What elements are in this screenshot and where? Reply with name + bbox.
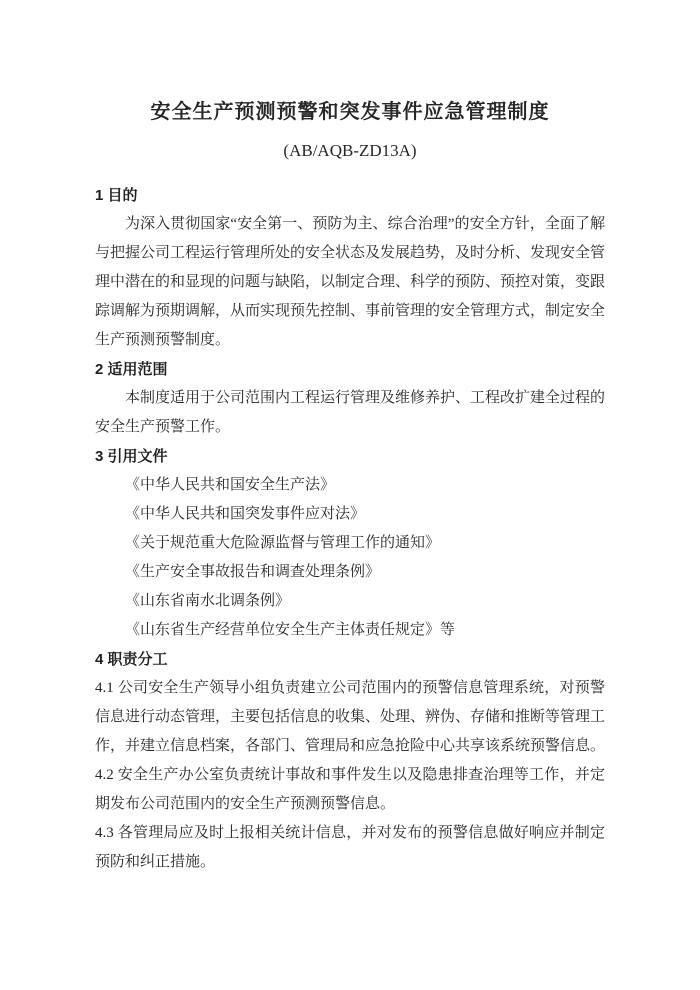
section-duties-heading: 4 职责分工: [95, 645, 605, 674]
duty-clause-4-2: 4.2 安全生产办公室负责统计事故和事件发生以及隐患排查治理等工作，并定期发布公…: [95, 761, 605, 819]
section-purpose: 1 目的 为深入贯彻国家“安全第一、预防为主、综合治理”的安全方针，全面了解与把…: [95, 181, 605, 355]
section-purpose-paragraph: 为深入贯彻国家“安全第一、预防为主、综合治理”的安全方针，全面了解与把握公司工程…: [95, 210, 605, 355]
reference-item: 《关于规范重大危险源监督与管理工作的通知》: [95, 529, 605, 558]
section-scope: 2 适用范围 本制度适用于公司范围内工程运行管理及维修养护、工程改扩建全过程的安…: [95, 355, 605, 442]
section-duties: 4 职责分工 4.1 公司安全生产领导小组负责建立公司范围内的预警信息管理系统，…: [95, 645, 605, 877]
duty-clause-4-1: 4.1 公司安全生产领导小组负责建立公司范围内的预警信息管理系统，对预警信息进行…: [95, 674, 605, 761]
section-references: 3 引用文件 《中华人民共和国安全生产法》 《中华人民共和国突发事件应对法》 《…: [95, 442, 605, 645]
reference-item: 《山东省生产经营单位安全生产主体责任规定》等: [95, 616, 605, 645]
document-title: 安全生产预测预警和突发事件应急管理制度: [95, 97, 605, 127]
section-scope-heading: 2 适用范围: [95, 355, 605, 384]
section-references-heading: 3 引用文件: [95, 442, 605, 471]
reference-item: 《山东省南水北调条例》: [95, 587, 605, 616]
document-body: 1 目的 为深入贯彻国家“安全第一、预防为主、综合治理”的安全方针，全面了解与把…: [95, 181, 605, 877]
document-code: (AB/AQB-ZD13A): [95, 136, 605, 166]
duty-clause-4-3: 4.3 各管理局应及时上报相关统计信息，并对发布的预警信息做好响应并制定预防和纠…: [95, 819, 605, 877]
section-purpose-heading: 1 目的: [95, 181, 605, 210]
document-page: 安全生产预测预警和突发事件应急管理制度 (AB/AQB-ZD13A) 1 目的 …: [0, 0, 700, 990]
reference-item: 《中华人民共和国突发事件应对法》: [95, 500, 605, 529]
reference-item: 《中华人民共和国安全生产法》: [95, 471, 605, 500]
reference-item: 《生产安全事故报告和调查处理条例》: [95, 558, 605, 587]
section-scope-paragraph: 本制度适用于公司范围内工程运行管理及维修养护、工程改扩建全过程的安全生产预警工作…: [95, 384, 605, 442]
